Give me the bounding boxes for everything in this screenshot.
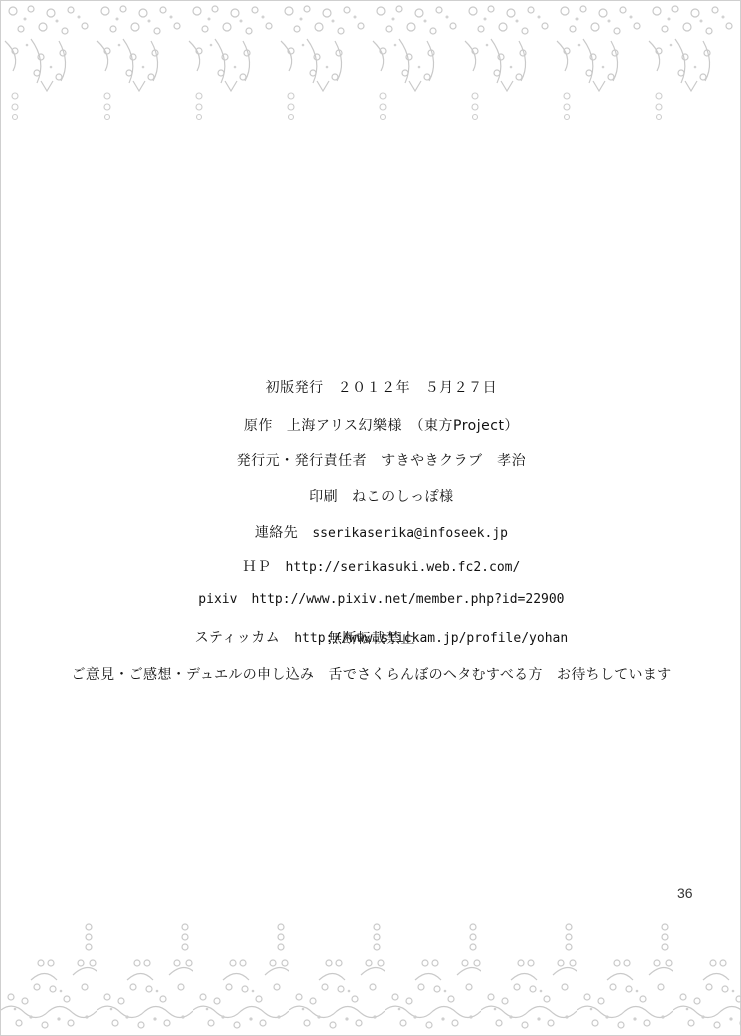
- homepage-url: http://serikasuki.web.fc2.com/: [286, 560, 521, 575]
- first-edition-date: ２０１２年 ５月２７日: [338, 380, 498, 396]
- pixiv-label: pixiv: [198, 592, 237, 607]
- first-edition-label: 初版発行: [266, 380, 324, 396]
- printing-label: 印刷: [309, 489, 338, 505]
- reader-message: ご意見・ご感想・デュエルの申し込み 舌でさくらんぼのヘタむすべる方 お待ちしてい…: [1, 664, 741, 684]
- lace-border-bottom-icon: [1, 905, 741, 1035]
- homepage-label: ＨＰ: [243, 559, 272, 575]
- contact-email: sserikaserika@infoseek.jp: [312, 526, 508, 541]
- pixiv-url: http://www.pixiv.net/member.php?id=22900: [251, 592, 564, 607]
- publisher-value: すきやきクラブ 孝治: [381, 453, 526, 469]
- publisher-label: 発行元・発行責任者: [237, 453, 368, 469]
- page-number: 36: [677, 885, 693, 901]
- no-reproduction-notice: 無断転載禁止: [1, 628, 741, 648]
- contact-label: 連絡先: [255, 525, 299, 541]
- original-work-value: 上海アリス幻樂様 （東方Project）: [287, 418, 519, 434]
- lace-border-top-icon: [1, 1, 741, 136]
- printing-value: ねこのしっぽ様: [352, 489, 454, 505]
- printed-page: 初版発行２０１２年 ５月２７日 原作上海アリス幻樂様 （東方Project） 発…: [0, 0, 741, 1036]
- original-work-label: 原作: [244, 418, 273, 434]
